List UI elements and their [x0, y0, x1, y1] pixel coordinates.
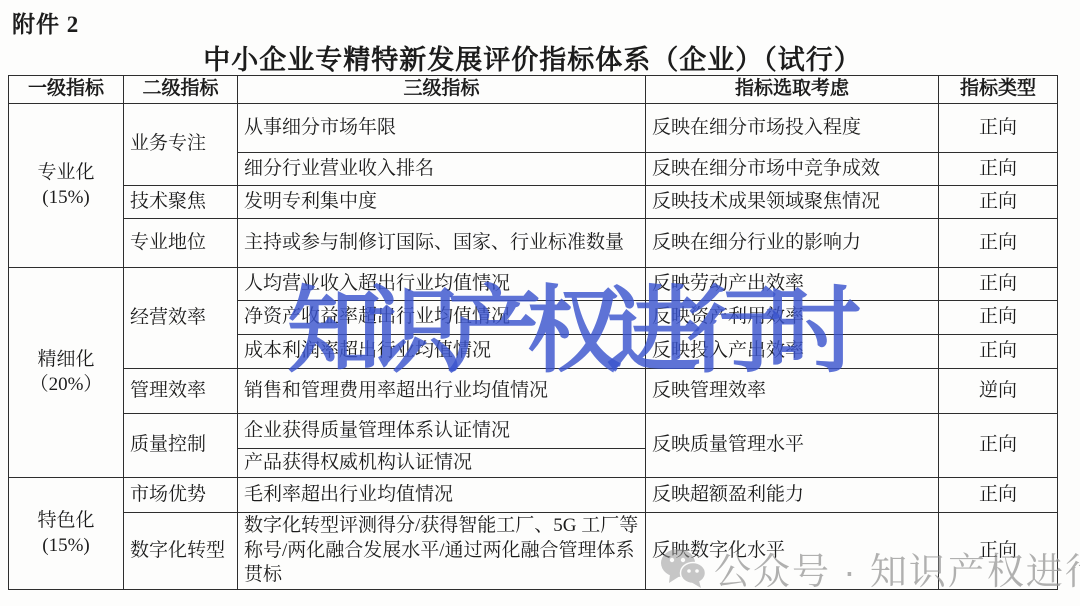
type-cell: 正向 — [939, 219, 1058, 268]
level3-cell: 成本利润率超出行业均值情况 — [238, 335, 646, 369]
column-header-level3: 三级指标 — [238, 76, 646, 104]
table-row: 特色化 (15%) 市场优势 毛利率超出行业均值情况 反映超额盈利能力 正向 — [9, 478, 1058, 513]
type-cell: 正向 — [939, 414, 1058, 478]
level2-cell: 业务专注 — [124, 104, 238, 186]
table-row: 质量控制 企业获得质量管理体系认证情况 反映质量管理水平 正向 — [9, 414, 1058, 449]
level3-cell: 从事细分市场年限 — [238, 104, 646, 153]
consideration-cell: 反映在细分市场投入程度 — [646, 104, 939, 153]
table-header-row: 一级指标 二级指标 三级指标 指标选取考虑 指标类型 — [9, 76, 1058, 104]
table-row: 专业地位 主持或参与制修订国际、国家、行业标准数量 反映在细分行业的影响力 正向 — [9, 219, 1058, 268]
consideration-cell: 反映质量管理水平 — [646, 414, 939, 478]
level2-cell: 技术聚焦 — [124, 186, 238, 219]
level1-name: 特色化 — [10, 509, 122, 534]
level3-cell: 数字化转型评测得分/获得智能工厂、5G 工厂等称号/两化融合发展水平/通过两化融… — [238, 513, 646, 590]
level3-cell: 主持或参与制修订国际、国家、行业标准数量 — [238, 219, 646, 268]
table-row: 技术聚焦 发明专利集中度 反映技术成果领域聚焦情况 正向 — [9, 186, 1058, 219]
type-cell: 正向 — [939, 153, 1058, 186]
type-cell: 正向 — [939, 335, 1058, 369]
table-row: 专业化 (15%) 业务专注 从事细分市场年限 反映在细分市场投入程度 正向 — [9, 104, 1058, 153]
document-title: 中小企业专精特新发展评价指标体系（企业）（试行） — [8, 38, 1057, 77]
level1-weight: (15%) — [10, 186, 122, 211]
type-cell: 正向 — [939, 186, 1058, 219]
column-header-level2: 二级指标 — [124, 76, 238, 104]
column-header-consideration: 指标选取考虑 — [646, 76, 939, 104]
attachment-label: 附件 2 — [12, 6, 79, 39]
table-row: 精细化 （20%） 经营效率 人均营业收入超出行业均值情况 反映劳动产出效率 正… — [9, 268, 1058, 301]
consideration-cell: 反映技术成果领域聚焦情况 — [646, 186, 939, 219]
consideration-cell: 反映数字化水平 — [646, 513, 939, 590]
consideration-cell: 反映在细分市场中竞争成效 — [646, 153, 939, 186]
level3-cell: 发明专利集中度 — [238, 186, 646, 219]
consideration-cell: 反映管理效率 — [646, 369, 939, 414]
level3-cell: 人均营业收入超出行业均值情况 — [238, 268, 646, 301]
type-cell: 正向 — [939, 104, 1058, 153]
level1-cell: 特色化 (15%) — [9, 478, 124, 590]
type-cell: 正向 — [939, 513, 1058, 590]
level2-cell: 经营效率 — [124, 268, 238, 369]
level2-cell: 质量控制 — [124, 414, 238, 478]
column-header-type: 指标类型 — [939, 76, 1058, 104]
table-row: 管理效率 销售和管理费用率超出行业均值情况 反映管理效率 逆向 — [9, 369, 1058, 414]
level3-cell: 毛利率超出行业均值情况 — [238, 478, 646, 513]
level2-cell: 数字化转型 — [124, 513, 238, 590]
column-header-level1: 一级指标 — [9, 76, 124, 104]
type-cell: 逆向 — [939, 369, 1058, 414]
type-cell: 正向 — [939, 478, 1058, 513]
level3-cell: 企业获得质量管理体系认证情况 — [238, 414, 646, 449]
level2-cell: 管理效率 — [124, 369, 238, 414]
indicator-table: 一级指标 二级指标 三级指标 指标选取考虑 指标类型 专业化 (15%) 业务专… — [8, 75, 1058, 590]
type-cell: 正向 — [939, 268, 1058, 301]
consideration-cell: 反映劳动产出效率 — [646, 268, 939, 301]
level1-weight: (15%) — [10, 534, 122, 559]
consideration-cell: 反映在细分行业的影响力 — [646, 219, 939, 268]
level1-cell: 专业化 (15%) — [9, 104, 124, 268]
level1-cell: 精细化 （20%） — [9, 268, 124, 478]
level3-cell: 销售和管理费用率超出行业均值情况 — [238, 369, 646, 414]
consideration-cell: 反映投入产出效率 — [646, 335, 939, 369]
level2-cell: 专业地位 — [124, 219, 238, 268]
table-row: 数字化转型 数字化转型评测得分/获得智能工厂、5G 工厂等称号/两化融合发展水平… — [9, 513, 1058, 590]
consideration-cell: 反映资产利用效率 — [646, 301, 939, 335]
level3-cell: 产品获得权威机构认证情况 — [238, 449, 646, 478]
level1-name: 精细化 — [10, 348, 122, 373]
consideration-cell: 反映超额盈利能力 — [646, 478, 939, 513]
type-cell: 正向 — [939, 301, 1058, 335]
level3-cell: 净资产收益率超出行业均值情况 — [238, 301, 646, 335]
scanned-document-page: 附件 2 中小企业专精特新发展评价指标体系（企业）（试行） 一级指标 二级指标 … — [0, 0, 1080, 606]
level3-cell: 细分行业营业收入排名 — [238, 153, 646, 186]
level1-weight: （20%） — [10, 373, 122, 398]
level1-name: 专业化 — [10, 161, 122, 186]
level2-cell: 市场优势 — [124, 478, 238, 513]
